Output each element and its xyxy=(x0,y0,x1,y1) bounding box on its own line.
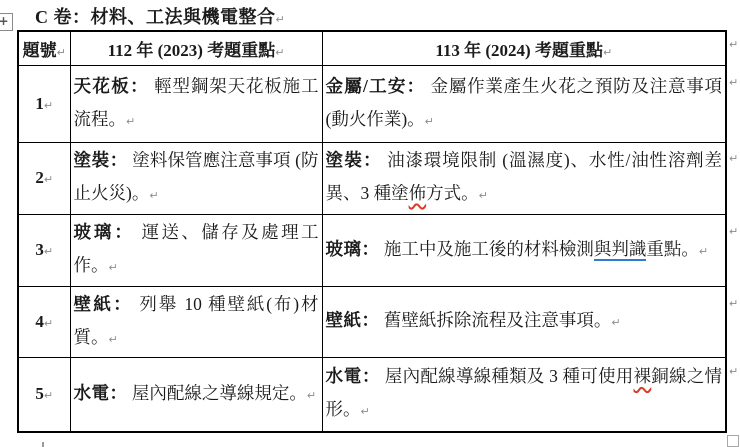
question-number-cell[interactable]: 1↵ xyxy=(18,65,70,142)
cell-end-mark-icon: ↵ xyxy=(126,115,135,128)
question-number-cell[interactable]: 4↵ xyxy=(18,286,70,357)
spellcheck-underlined-text: 裸 xyxy=(634,366,652,386)
table-resize-handle[interactable] xyxy=(727,435,739,447)
cell-end-mark-icon: ↵ xyxy=(275,46,284,59)
topic-cell-2023[interactable]: 水電： 屋內配線之導線規定。↵ xyxy=(70,357,322,432)
cell-end-mark-icon: ↵ xyxy=(57,46,66,59)
topic-label: 塗裝： xyxy=(326,150,382,170)
table-row: 3↵ 玻璃： 運送、儲存及處理工作。↵ 玻璃： 施工中及施工後的材料檢測與判識重… xyxy=(18,214,726,286)
topic-text: 重點。 xyxy=(646,239,699,259)
cell-end-mark-icon: ↵ xyxy=(699,245,708,258)
header-row: 題號↵ 112 年 (2023) 考題重點↵ 113 年 (2024) 考題重點… xyxy=(18,31,726,65)
cell-end-mark-icon: ↵ xyxy=(307,389,316,402)
question-number: 4 xyxy=(35,312,44,331)
topic-cell-2024[interactable]: 金屬/工安： 金屬作業產生火花之預防及注意事項 (動火作業)。↵ xyxy=(322,65,726,142)
topic-label: 天花板： xyxy=(74,76,149,96)
question-number: 3 xyxy=(35,240,44,259)
cell-end-mark-icon: ↵ xyxy=(109,333,118,346)
topic-label: 水電： xyxy=(74,383,128,403)
topic-label: 玻璃： xyxy=(326,239,380,259)
topic-text: 方式。 xyxy=(426,183,479,203)
question-number: 1 xyxy=(35,94,44,113)
topic-text: 舊壁紙拆除流程及注意事項。 xyxy=(380,310,612,330)
document-title[interactable]: C 卷：材料、工法與機電整合↵ xyxy=(35,3,285,29)
cell-end-mark-icon: ↵ xyxy=(479,189,488,202)
cell-end-mark-icon: ↵ xyxy=(109,261,118,274)
topic-text: 油漆環境限制 (溫濕度)、水性/油性溶劑差異、3 種塗 xyxy=(326,150,723,203)
cell-end-mark-icon: ↵ xyxy=(44,317,53,330)
column-header-2024[interactable]: 113 年 (2024) 考題重點↵ xyxy=(322,31,726,65)
question-number: 5 xyxy=(35,384,44,403)
topic-text: 施工中及施工後的材料檢測 xyxy=(380,239,594,259)
question-number-cell[interactable]: 3↵ xyxy=(18,214,70,286)
header-text: 題號 xyxy=(23,41,57,60)
topic-cell-2024[interactable]: 塗裝： 油漆環境限制 (溫濕度)、水性/油性溶劑差異、3 種塗佈方式。↵ xyxy=(322,142,726,214)
cell-end-mark-icon: ↵ xyxy=(611,316,620,329)
topic-cell-2023[interactable]: 天花板： 輕型鋼架天花板施工流程。↵ xyxy=(70,65,322,142)
topic-cell-2023[interactable]: 壁紙： 列舉 10 種壁紙(布)材質。↵ xyxy=(70,286,322,357)
spellcheck-underlined-text: 佈 xyxy=(409,183,427,203)
header-text: 112 年 (2023) 考題重點 xyxy=(108,41,276,60)
row-end-mark-icon: ↵ xyxy=(729,365,738,378)
topic-text: 屋內配線之導線規定。 xyxy=(128,383,307,403)
cell-end-mark-icon: ↵ xyxy=(425,115,434,128)
cell-end-mark-icon: ↵ xyxy=(44,99,53,112)
question-number: 2 xyxy=(35,168,44,187)
row-end-mark-icon: ↵ xyxy=(729,152,738,165)
topic-label: 水電： xyxy=(326,366,381,386)
exam-topics-table: 題號↵ 112 年 (2023) 考題重點↵ 113 年 (2024) 考題重點… xyxy=(17,30,727,433)
row-end-mark-icon: ↵ xyxy=(729,76,738,89)
topic-label: 玻璃： xyxy=(74,222,135,242)
topic-cell-2023[interactable]: 玻璃： 運送、儲存及處理工作。↵ xyxy=(70,214,322,286)
topic-label: 金屬/工安： xyxy=(326,76,426,96)
topic-label: 壁紙： xyxy=(74,294,134,314)
row-end-mark-icon: ↵ xyxy=(729,38,738,51)
column-header-question-number[interactable]: 題號↵ xyxy=(18,31,70,65)
topic-cell-2024[interactable]: 玻璃： 施工中及施工後的材料檢測與判識重點。↵ xyxy=(322,214,726,286)
grammar-check-underlined-text: 與判識 xyxy=(594,239,647,261)
cell-end-mark-icon: ↵ xyxy=(44,389,53,402)
topic-cell-2024[interactable]: 水電： 屋內配線導線種類及 3 種可使用裸銅線之情形。↵ xyxy=(322,357,726,432)
table-row: 4↵ 壁紙： 列舉 10 種壁紙(布)材質。↵ 壁紙： 舊壁紙拆除流程及注意事項… xyxy=(18,286,726,357)
paragraph-mark-icon: ↵ xyxy=(276,13,286,26)
cell-end-mark-icon: ↵ xyxy=(603,46,612,59)
row-end-mark-icon: ↵ xyxy=(729,297,738,310)
cell-end-mark-icon: ↵ xyxy=(361,405,370,418)
cell-end-mark-icon: ↵ xyxy=(149,189,158,202)
table-row: 2↵ 塗裝： 塗料保管應注意事項 (防止火災)。↵ 塗裝： 油漆環境限制 (溫濕… xyxy=(18,142,726,214)
row-end-mark-icon: ↵ xyxy=(729,225,738,238)
question-number-cell[interactable]: 2↵ xyxy=(18,142,70,214)
cell-end-mark-icon: ↵ xyxy=(44,173,53,186)
table-row: 5↵ 水電： 屋內配線之導線規定。↵ 水電： 屋內配線導線種類及 3 種可使用裸… xyxy=(18,357,726,432)
column-header-2023[interactable]: 112 年 (2023) 考題重點↵ xyxy=(70,31,322,65)
topic-label: 塗裝： xyxy=(74,150,128,170)
cell-end-mark-icon: ↵ xyxy=(44,245,53,258)
topic-text: 屋內配線導線種類及 3 種可使用 xyxy=(380,366,633,386)
topic-cell-2023[interactable]: 塗裝： 塗料保管應注意事項 (防止火災)。↵ xyxy=(70,142,322,214)
question-number-cell[interactable]: 5↵ xyxy=(18,357,70,432)
clipped-paragraph-mark-icon xyxy=(42,442,44,447)
topic-cell-2024[interactable]: 壁紙： 舊壁紙拆除流程及注意事項。↵ xyxy=(322,286,726,357)
header-text: 113 年 (2024) 考題重點 xyxy=(435,41,603,60)
table-move-handle-icon[interactable]: + xyxy=(0,13,13,31)
document-title-text: C 卷：材料、工法與機電整合 xyxy=(35,7,276,27)
topic-label: 壁紙： xyxy=(326,310,380,330)
table-row: 1↵ 天花板： 輕型鋼架天花板施工流程。↵ 金屬/工安： 金屬作業產生火花之預防… xyxy=(18,65,726,142)
